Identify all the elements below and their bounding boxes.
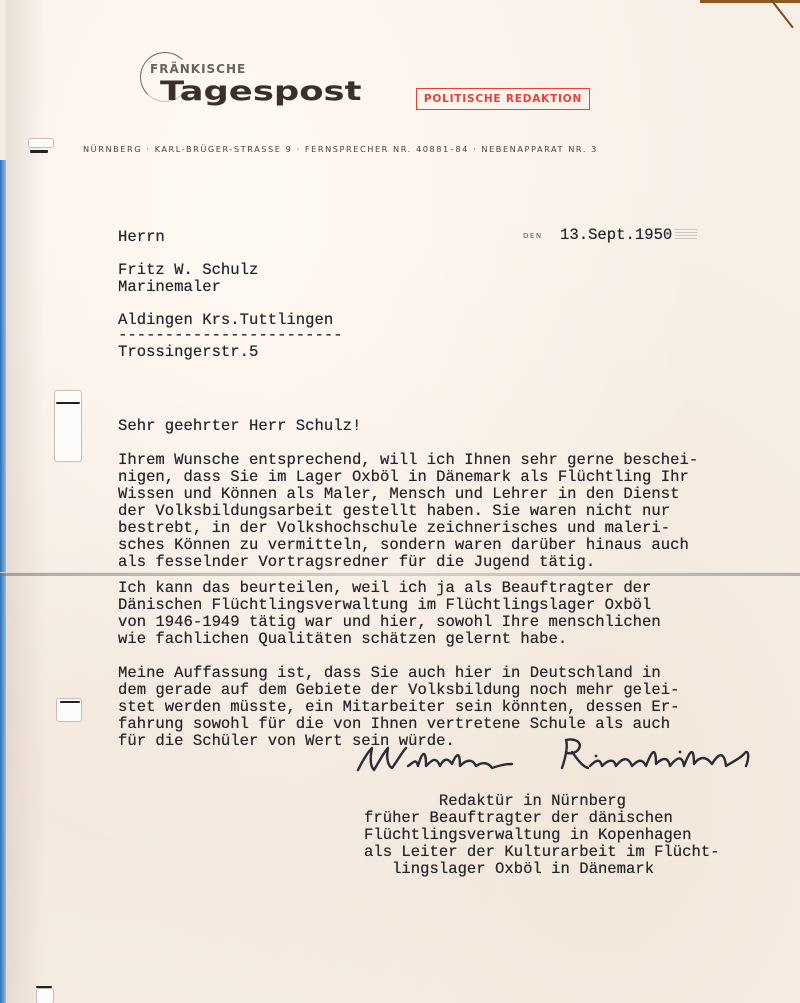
letterhead-address: NÜRNBERG · KARL-BRÜGER-STRASSE 9 · FERNS… <box>83 144 598 154</box>
recipient-street: Trossingerstr.5 <box>118 344 258 361</box>
paragraph-line: Ich kann das beurteilen, weil ich ja als… <box>118 580 651 597</box>
logo-small-text: FRÄNKISCHE <box>150 62 246 76</box>
paragraph-line: Meine Auffassung ist, dass Sie auch hier… <box>118 665 661 682</box>
greeting: Sehr geehrter Herr Schulz! <box>118 418 361 435</box>
recipient-prefix: Herrn <box>118 229 165 246</box>
paragraph-line: wie fachlichen Qualitäten schätzen geler… <box>118 631 567 648</box>
recipient-title: Marinemaler <box>118 279 221 296</box>
paragraph-line: Ihrem Wunsche entsprechend, will ich Ihn… <box>118 452 698 469</box>
paragraph-line: dem gerade auf dem Gebiete der Volksbild… <box>118 682 679 699</box>
recipient-underline: ------------------------ <box>118 327 343 344</box>
logo-wordmark: Tagespost <box>160 78 362 106</box>
paragraph-line: sches Können zu vermitteln, sondern ware… <box>118 537 689 554</box>
paragraph-line: als fesselnder Vortragsredner für die Ju… <box>118 554 595 571</box>
punch-mark-bottom <box>36 986 56 1003</box>
date-label: DEN <box>523 232 543 240</box>
recipient-name: Fritz W. Schulz <box>118 262 258 279</box>
signature-title-line: Flüchtlingsverwaltung in Kopenhagen <box>364 827 692 844</box>
signature-title-line: als Leiter der Kulturarbeit im Flücht- <box>364 844 720 861</box>
punch-mark-top <box>28 138 58 158</box>
signature-title-line: früher Beauftragter der dänischen <box>364 810 673 827</box>
signature-title-line: lingslager Oxböl in Dänemark <box>364 861 654 878</box>
paragraph-line: nigen, dass Sie im Lager Oxböl in Dänema… <box>118 469 689 486</box>
signature-title-line: Redaktür in Nürnberg <box>364 793 626 810</box>
paragraph-line: von 1946-1949 tätig war und hier, sowohl… <box>118 614 661 631</box>
paper-fold-line <box>0 572 800 576</box>
paragraph-line: fahrung sowohl für die von Ihnen vertret… <box>118 716 670 733</box>
date-guide-lines <box>675 229 697 239</box>
tape-mark-middle <box>52 390 92 465</box>
corner-tear <box>770 0 794 28</box>
paragraph-line: Dänischen Flüchtlingsverwaltung im Flüch… <box>118 597 651 614</box>
page-top-edge <box>700 0 800 3</box>
paragraph-line: der Volksbildungsarbeit gestellt haben. … <box>118 503 670 520</box>
letter-date: 13.Sept.1950 <box>560 227 672 244</box>
handwritten-signature <box>352 736 782 786</box>
paragraph-line: stet werden müsste, ein Mitarbeiter sein… <box>118 699 679 716</box>
letter-page: FRÄNKISCHE Tagespost POLITISCHE REDAKTIO… <box>0 0 800 1003</box>
tape-mark-lower <box>56 698 86 726</box>
paragraph-line: bestrebt, in der Volkshochschule zeichne… <box>118 520 670 537</box>
department-badge: POLITISCHE REDAKTION <box>416 88 590 110</box>
paragraph-line: Wissen und Können als Maler, Mensch und … <box>118 486 679 503</box>
